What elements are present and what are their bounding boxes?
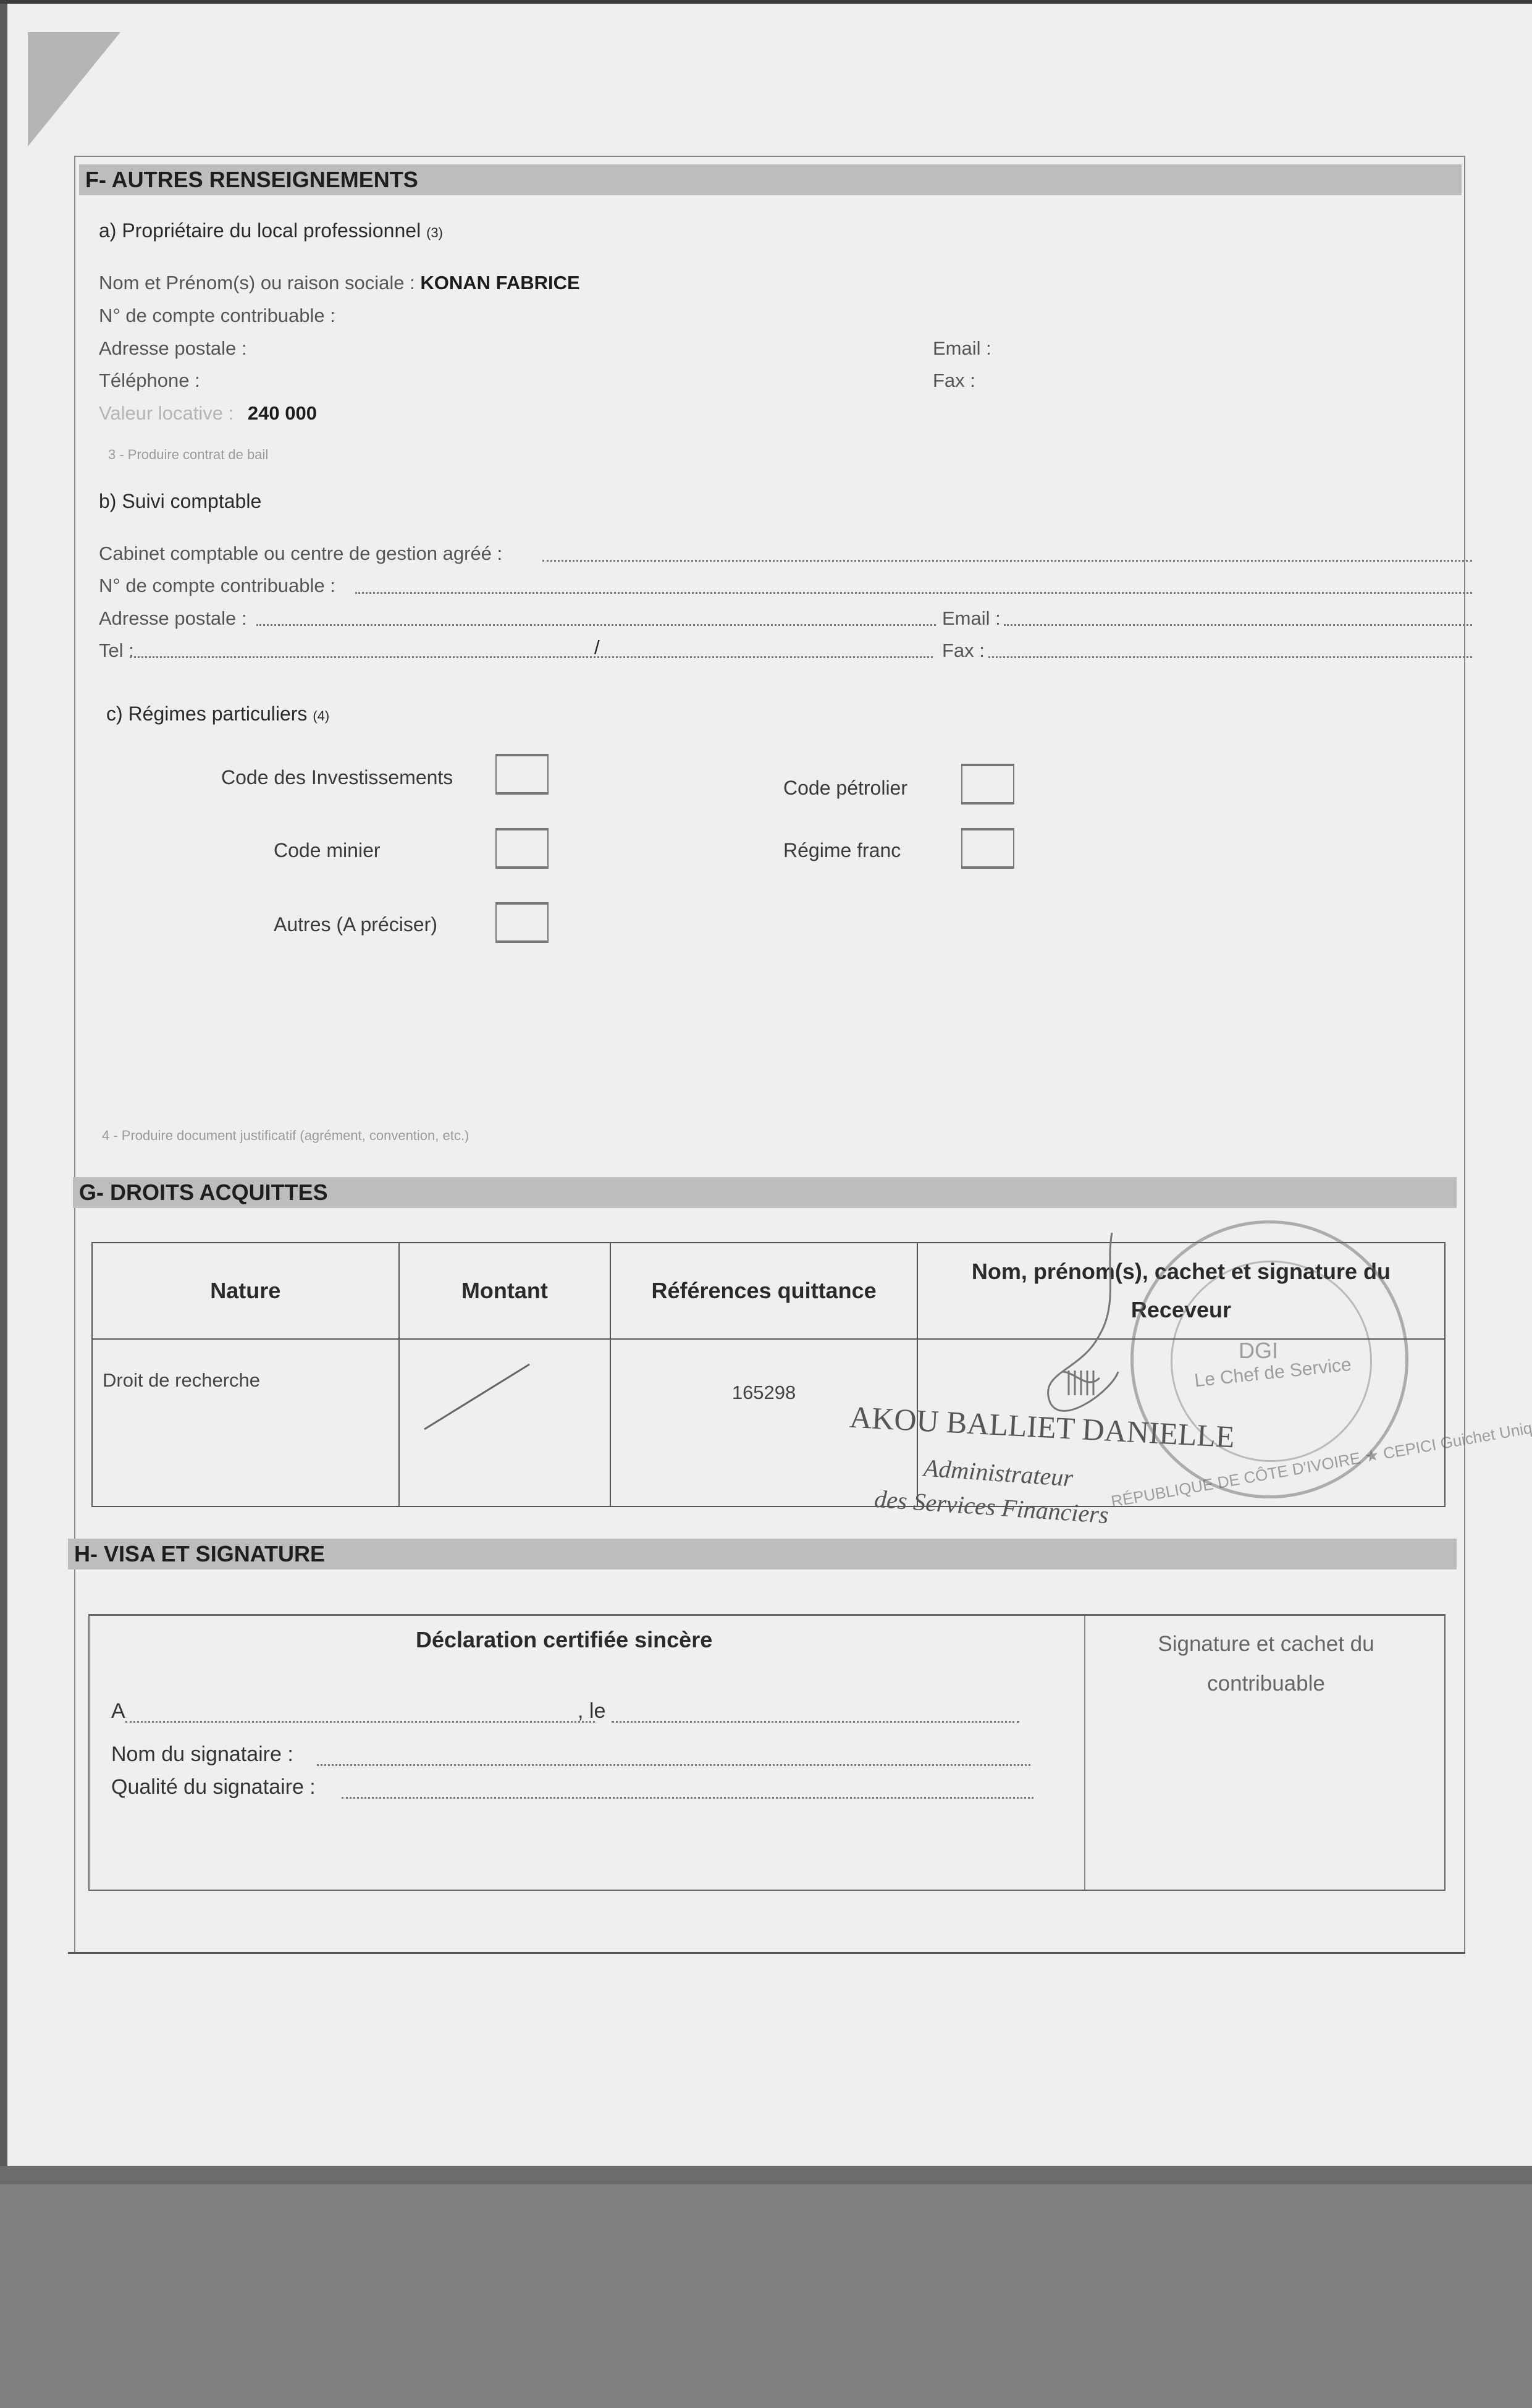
visa-signature-box: Déclaration certifiée sincère A , le Nom…: [88, 1614, 1446, 1891]
option-code-minier-checkbox[interactable]: [495, 828, 549, 869]
visa-le-label: , le: [578, 1699, 605, 1723]
signature-cachet-contribuable-title: Signature et cachet du contribuable: [1085, 1624, 1447, 1704]
cabinet-label: Cabinet comptable ou centre de gestion a…: [99, 543, 502, 565]
visa-date-input-line[interactable]: [612, 1721, 1019, 1723]
option-code-minier-label: Code minier: [274, 839, 381, 862]
subsection-c-note: (4): [313, 708, 329, 724]
suivi-email-input-line[interactable]: [1004, 624, 1472, 626]
section-f-header: F- AUTRES RENSEIGNEMENTS: [79, 164, 1462, 195]
proprietaire-compte-label: N° de compte contribuable :: [99, 305, 335, 327]
signature-cachet-line-2: contribuable: [1085, 1664, 1447, 1704]
subsection-a-title: a) Propriétaire du local professionnel (…: [99, 219, 443, 242]
proprietaire-telephone-label: Téléphone :: [99, 370, 200, 392]
qualite-signataire-input-line[interactable]: [342, 1797, 1033, 1799]
montant-slash-mark: [400, 1340, 612, 1463]
proprietaire-adresse-label: Adresse postale :: [99, 337, 247, 360]
proprietaire-email-label: Email :: [933, 337, 991, 360]
proprietaire-name-value: KONAN FABRICE: [420, 272, 579, 294]
visa-a-label: A: [111, 1699, 125, 1723]
option-code-investissements-checkbox[interactable]: [495, 754, 549, 795]
proprietaire-fax-label: Fax :: [933, 370, 975, 392]
nom-signataire-label: Nom du signataire :: [111, 1743, 293, 1767]
section-g-header: G- DROITS ACQUITTES: [73, 1177, 1457, 1208]
suivi-email-label: Email :: [942, 607, 1001, 630]
suivi-tel-label: Tel :: [99, 640, 134, 662]
cell-nature: Droit de recherche: [92, 1339, 399, 1506]
section-g-title: G- DROITS ACQUITTES: [79, 1180, 328, 1205]
official-stamp: DGI Le Chef de Service RÉPUBLIQUE DE CÔT…: [1130, 1220, 1408, 1498]
suivi-tel-input-line[interactable]: [130, 656, 933, 658]
valeur-locative-value: 240 000: [248, 402, 317, 424]
section-f-title: F- AUTRES RENSEIGNEMENTS: [85, 167, 418, 192]
cabinet-input-line[interactable]: [542, 560, 1472, 562]
folded-corner: [28, 32, 120, 146]
subsection-a-label: a) Propriétaire du local professionnel: [99, 219, 421, 242]
section-h-header: H- VISA ET SIGNATURE: [68, 1539, 1457, 1569]
stamp-line-1: DGI: [1239, 1338, 1278, 1364]
option-regime-franc-label: Régime franc: [783, 839, 901, 862]
footnote-4: 4 - Produire document justificatif (agré…: [102, 1128, 469, 1144]
contribuable-signature-area[interactable]: [1085, 1709, 1447, 1888]
suivi-fax-input-line[interactable]: [988, 656, 1472, 658]
scan-bottom-strip: [0, 2166, 1532, 2184]
column-nature: Nature: [92, 1243, 399, 1339]
receveur-signature-scribble: [1025, 1230, 1161, 1434]
suivi-compte-input-line[interactable]: [355, 592, 1472, 594]
subsection-c-label: c) Régimes particuliers: [106, 703, 307, 725]
option-autres-checkbox[interactable]: [495, 902, 549, 943]
suivi-fax-label: Fax :: [942, 640, 985, 662]
page-top-edge: [0, 0, 1532, 4]
suivi-compte-label: N° de compte contribuable :: [99, 575, 335, 597]
option-code-petrolier-checkbox[interactable]: [961, 764, 1014, 805]
footnote-3: 3 - Produire contrat de bail: [108, 447, 268, 463]
form-frame-bottom-line: [68, 1952, 1465, 1954]
declaration-title: Déclaration certifiée sincère: [416, 1627, 712, 1653]
proprietaire-name-field: Nom et Prénom(s) ou raison sociale : KON…: [99, 272, 580, 294]
cell-montant: [399, 1339, 611, 1506]
subsection-c-title: c) Régimes particuliers (4): [106, 703, 329, 725]
suivi-tel-separator: /: [594, 636, 600, 659]
visa-place-input-line[interactable]: [125, 1721, 595, 1723]
qualite-signataire-label: Qualité du signataire :: [111, 1775, 316, 1799]
subsection-a-note: (3): [426, 225, 443, 240]
nom-signataire-input-line[interactable]: [317, 1764, 1030, 1766]
suivi-adresse-label: Adresse postale :: [99, 607, 247, 630]
subsection-b-title: b) Suivi comptable: [99, 490, 261, 513]
signature-cachet-line-1: Signature et cachet du: [1085, 1624, 1447, 1664]
option-code-investissements-label: Code des Investissements: [221, 766, 453, 789]
valeur-locative-label: Valeur locative :: [99, 402, 234, 424]
valeur-locative-field: Valeur locative : 240 000: [99, 402, 317, 425]
section-h-title: H- VISA ET SIGNATURE: [74, 1541, 325, 1566]
option-autres-label: Autres (A préciser): [274, 913, 437, 936]
suivi-adresse-input-line[interactable]: [256, 624, 936, 626]
option-code-petrolier-label: Code pétrolier: [783, 777, 907, 800]
option-regime-franc-checkbox[interactable]: [961, 828, 1014, 869]
column-montant: Montant: [399, 1243, 611, 1339]
column-references: Références quittance: [610, 1243, 917, 1339]
proprietaire-name-label: Nom et Prénom(s) ou raison sociale :: [99, 272, 415, 294]
